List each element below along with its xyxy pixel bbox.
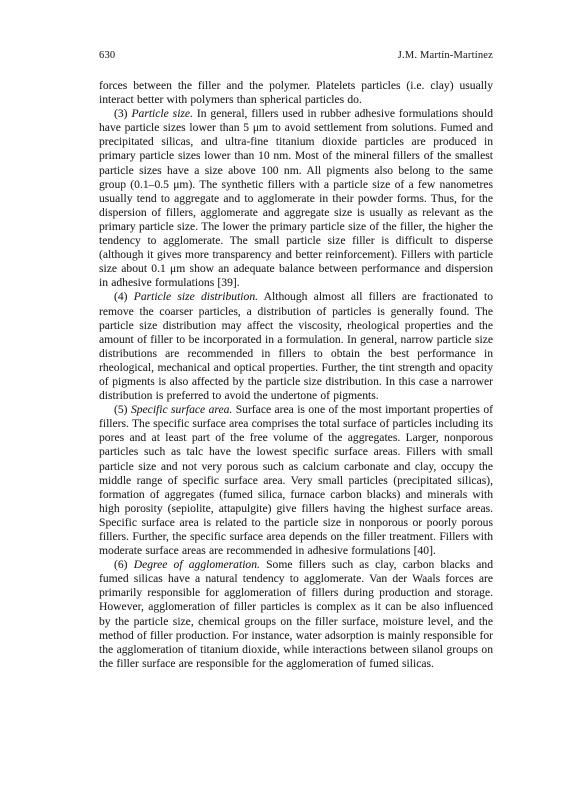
paragraph: forces between the filler and the polyme… [99, 79, 493, 107]
page-number: 630 [99, 50, 115, 61]
paragraph-heading: Particle size distribution. [134, 290, 258, 303]
paragraph-number: (3) [114, 107, 128, 120]
paragraph-body: In general, fillers used in rubber adhes… [99, 107, 493, 289]
paragraph-body: Surface area is one of the most importan… [99, 403, 493, 557]
body-text: forces between the filler and the polyme… [99, 79, 493, 671]
paragraph-number: (4) [114, 290, 128, 303]
scanned-book-page: 630 J.M. Martín-Martínez forces between … [0, 0, 563, 800]
paragraph-body: Although almost all fillers are fraction… [99, 290, 493, 402]
paragraph-heading: Particle size. [131, 107, 193, 120]
paragraph-body: forces between the filler and the polyme… [99, 79, 493, 106]
running-head: 630 J.M. Martín-Martínez [99, 50, 493, 61]
paragraph-body: Some fillers such as clay, carbon blacks… [99, 558, 493, 670]
paragraph-heading: Degree of agglomeration. [134, 558, 260, 571]
paragraph: (3) Particle size. In general, fillers u… [99, 107, 493, 290]
running-header-author: J.M. Martín-Martínez [398, 50, 493, 61]
paragraph: (6) Degree of agglomeration. Some filler… [99, 558, 493, 671]
paragraph: (5) Specific surface area. Surface area … [99, 403, 493, 558]
paragraph-number: (5) [114, 403, 128, 416]
paragraph-number: (6) [114, 558, 128, 571]
paragraph-heading: Specific surface area. [131, 403, 232, 416]
paragraph: (4) Particle size distribution. Although… [99, 290, 493, 403]
